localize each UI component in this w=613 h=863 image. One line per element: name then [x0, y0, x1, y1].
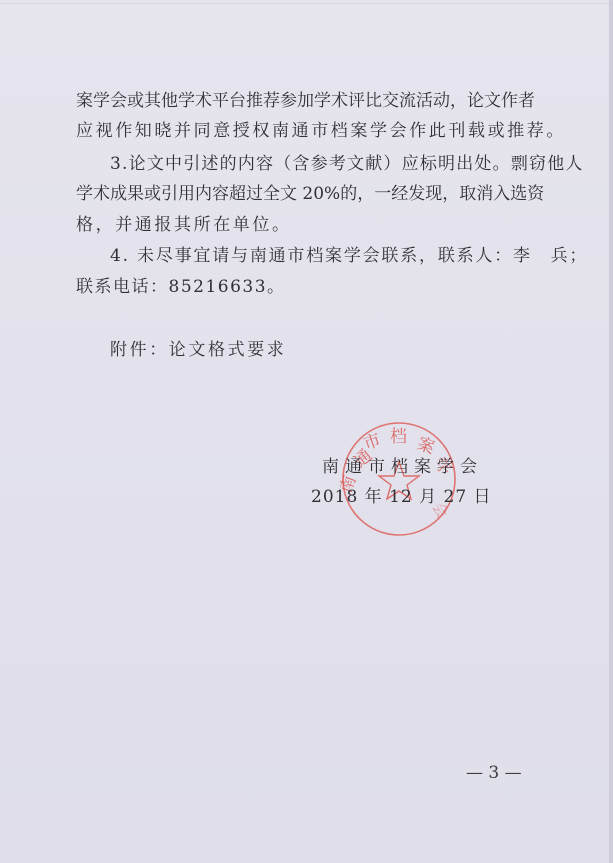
- paragraph-3-line-3: 格，并通报其所在单位。: [76, 214, 292, 236]
- paragraph-4-line-1: 4. 未尽事宜请与南通市档案学会联系，联系人：李 兵；: [110, 245, 588, 267]
- svg-text:市: 市: [361, 430, 384, 455]
- paper-fold: [0, 3, 613, 4]
- paragraph-2-line-2: 应视作知晓并同意授权南通市档案学会作此刊载或推荐。: [76, 120, 566, 142]
- paragraph-3-line-1: 3.论文中引述的内容（含参考文献）应标明出处。剽窃他人: [110, 153, 584, 175]
- official-seal-icon: 通 市 档 案 学 会 南: [340, 420, 458, 538]
- paragraph-2-line-1: 案学会或其他学术平台推荐参加学术评比交流活动，论文作者: [76, 90, 528, 112]
- svg-text:档: 档: [390, 427, 407, 447]
- page-edge: [609, 0, 613, 863]
- signature-organization: 南通市档案学会: [322, 456, 483, 478]
- signature-date: 2018 年 12 月 27 日: [311, 486, 492, 508]
- page-number: — 3 —: [466, 763, 522, 783]
- document-page: 案学会或其他学术平台推荐参加学术评比交流活动，论文作者 应视作知晓并同意授权南通…: [0, 0, 613, 863]
- paragraph-3-line-2: 学术成果或引用内容超过全文 20%的，一经发现，取消入选资: [76, 183, 528, 205]
- attachment-note: 附件：论文格式要求: [110, 339, 286, 361]
- paragraph-4-line-2: 联系电话：85216633。: [76, 276, 286, 298]
- svg-text:案: 案: [414, 434, 437, 459]
